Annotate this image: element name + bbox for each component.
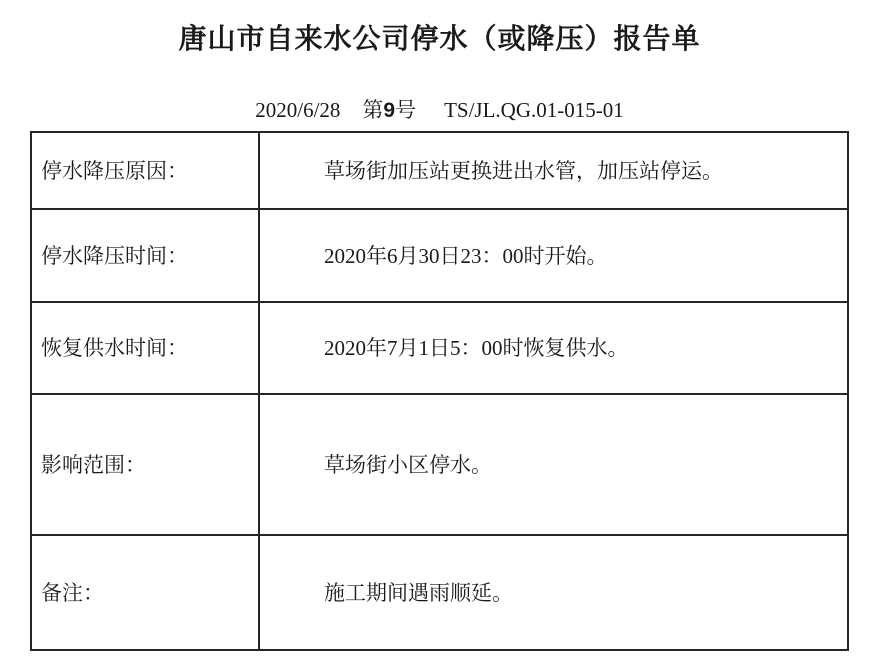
table-row-affected-area: 影响范围： 草场街小区停水。 [31, 394, 848, 535]
report-page: 唐山市自来水公司停水（或降压）报告单 2020/6/28第9号TS/JL.QG.… [0, 0, 879, 668]
row-label-affected-area: 影响范围： [31, 394, 259, 535]
doc-issue-suffix: 号 [395, 98, 416, 122]
doc-issue-prefix: 第 [362, 98, 383, 122]
row-label-reason: 停水降压原因： [31, 132, 259, 209]
doc-issue: 第9号 [362, 98, 416, 123]
doc-code: TS/JL.QG.01-015-01 [444, 98, 624, 122]
row-value-remarks: 施工期间遇雨顺延。 [259, 535, 848, 650]
row-label-remarks: 备注： [31, 535, 259, 650]
table-row-remarks: 备注： 施工期间遇雨顺延。 [31, 535, 848, 650]
row-value-stop-time: 2020年6月30日23：00时开始。 [259, 209, 848, 302]
report-table: 停水降压原因： 草场街加压站更换进出水管，加压站停运。 停水降压时间： 2020… [30, 131, 849, 651]
row-value-reason: 草场街加压站更换进出水管，加压站停运。 [259, 132, 848, 209]
row-value-affected-area: 草场街小区停水。 [259, 394, 848, 535]
table-row-stop-time: 停水降压时间： 2020年6月30日23：00时开始。 [31, 209, 848, 302]
doc-date: 2020/6/28 [255, 98, 340, 122]
table-row-reason: 停水降压原因： 草场街加压站更换进出水管，加压站停运。 [31, 132, 848, 209]
doc-issue-number: 9 [383, 99, 395, 122]
page-title: 唐山市自来水公司停水（或降压）报告单 [0, 0, 879, 56]
row-label-restore-time: 恢复供水时间： [31, 302, 259, 394]
row-value-restore-time: 2020年7月1日5：00时恢复供水。 [259, 302, 848, 394]
table-row-restore-time: 恢复供水时间： 2020年7月1日5：00时恢复供水。 [31, 302, 848, 394]
row-label-stop-time: 停水降压时间： [31, 209, 259, 302]
doc-info: 2020/6/28第9号TS/JL.QG.01-015-01 [0, 98, 879, 123]
